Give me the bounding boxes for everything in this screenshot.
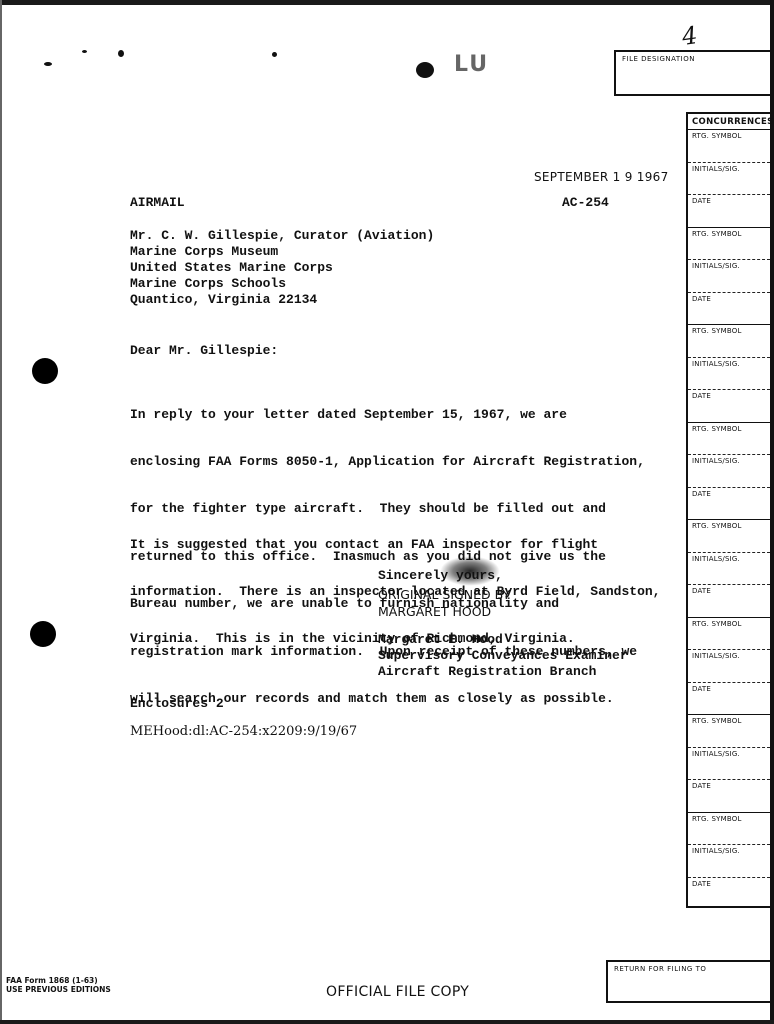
scan-top-edge <box>0 0 774 5</box>
scan-speck <box>118 50 124 57</box>
body-line: In reply to your letter dated September … <box>130 407 645 423</box>
signer-name: Margaret E. Hood <box>378 632 628 648</box>
rtg-symbol-cell: RTG. SYMBOL <box>688 130 770 163</box>
rtg-symbol-cell: RTG. SYMBOL <box>688 813 770 846</box>
date-cell: DATE <box>688 878 770 911</box>
rtg-symbol-cell: RTG. SYMBOL <box>688 325 770 358</box>
signer-title: Supervisory Conveyances Examiner <box>378 648 628 664</box>
scan-right-edge <box>770 0 774 1024</box>
signer-branch: Aircraft Registration Branch <box>378 664 628 680</box>
initials-cell: INITIALS/SIG. <box>688 650 770 683</box>
initials-cell: INITIALS/SIG. <box>688 358 770 391</box>
delivery-method: AIRMAIL <box>130 195 185 210</box>
scan-speck <box>44 62 52 66</box>
initials-cell: INITIALS/SIG. <box>688 553 770 586</box>
scan-left-edge <box>0 0 2 1024</box>
initials-cell: INITIALS/SIG. <box>688 260 770 293</box>
return-for-filing-label: RETURN FOR FILING TO <box>614 965 706 973</box>
address-line: Quantico, Virginia 22134 <box>130 292 434 308</box>
file-designation-label: FILE DESIGNATION <box>622 55 695 63</box>
body-line: It is suggested that you contact an FAA … <box>130 537 661 553</box>
enclosures: Enclosures 2 <box>130 696 224 711</box>
scan-speck <box>82 50 87 53</box>
signature-stamp: ORIGINAL SIGNED BY MARGARET HOOD <box>378 586 510 620</box>
address-line: Mr. C. W. Gillespie, Curator (Aviation) <box>130 228 434 244</box>
signature-stamp-line: ORIGINAL SIGNED BY <box>378 586 510 603</box>
closing: Sincerely yours, <box>378 568 503 583</box>
date-cell: DATE <box>688 683 770 716</box>
body-line: enclosing FAA Forms 8050-1, Application … <box>130 454 645 470</box>
form-note: USE PREVIOUS EDITIONS <box>6 985 111 994</box>
address-line: Marine Corps Schools <box>130 276 434 292</box>
reference-initials: MEHood:dl:AC-254:x2209:9/19/67 <box>130 724 357 739</box>
date-cell: DATE <box>688 780 770 813</box>
punch-hole <box>32 358 58 384</box>
rtg-symbol-cell: RTG. SYMBOL <box>688 618 770 651</box>
recipient-address: Mr. C. W. Gillespie, Curator (Aviation) … <box>130 228 434 308</box>
rtg-symbol-cell: RTG. SYMBOL <box>688 423 770 456</box>
handwritten-number: 4 <box>680 21 699 51</box>
scan-speck <box>272 52 277 57</box>
file-designation-box: FILE DESIGNATION <box>614 50 774 96</box>
signer-block: Margaret E. Hood Supervisory Conveyances… <box>378 632 628 680</box>
rtg-symbol-cell: RTG. SYMBOL <box>688 520 770 553</box>
address-line: United States Marine Corps <box>130 260 434 276</box>
date-cell: DATE <box>688 195 770 228</box>
salutation: Dear Mr. Gillespie: <box>130 343 278 358</box>
concurrences-header: CONCURRENCES <box>688 114 770 130</box>
reference-number: AC-254 <box>562 195 609 210</box>
initials-cell: INITIALS/SIG. <box>688 845 770 878</box>
date-cell: DATE <box>688 488 770 521</box>
form-id: FAA Form 1868 (1-63) <box>6 976 111 985</box>
letter-date: SEPTEMBER 1 9 1967 <box>534 170 669 184</box>
scan-bottom-edge <box>0 1020 774 1024</box>
date-cell: DATE <box>688 390 770 423</box>
signature-stamp-line: MARGARET HOOD <box>378 603 510 620</box>
initials-cell: INITIALS/SIG. <box>688 748 770 781</box>
initials-cell: INITIALS/SIG. <box>688 455 770 488</box>
rtg-symbol-cell: RTG. SYMBOL <box>688 228 770 261</box>
initials-cell: INITIALS/SIG. <box>688 163 770 196</box>
form-number: FAA Form 1868 (1-63) USE PREVIOUS EDITIO… <box>6 976 111 994</box>
scan-speck <box>416 62 434 78</box>
address-line: Marine Corps Museum <box>130 244 434 260</box>
concurrences-panel: CONCURRENCES RTG. SYMBOLINITIALS/SIG.DAT… <box>686 112 770 908</box>
punch-hole <box>30 621 56 647</box>
date-cell: DATE <box>688 585 770 618</box>
return-for-filing-box: RETURN FOR FILING TO <box>606 960 774 1003</box>
official-file-copy: OFFICIAL FILE COPY <box>326 984 469 1000</box>
received-stamp: LU <box>454 52 564 82</box>
date-cell: DATE <box>688 293 770 326</box>
rtg-symbol-cell: RTG. SYMBOL <box>688 715 770 748</box>
